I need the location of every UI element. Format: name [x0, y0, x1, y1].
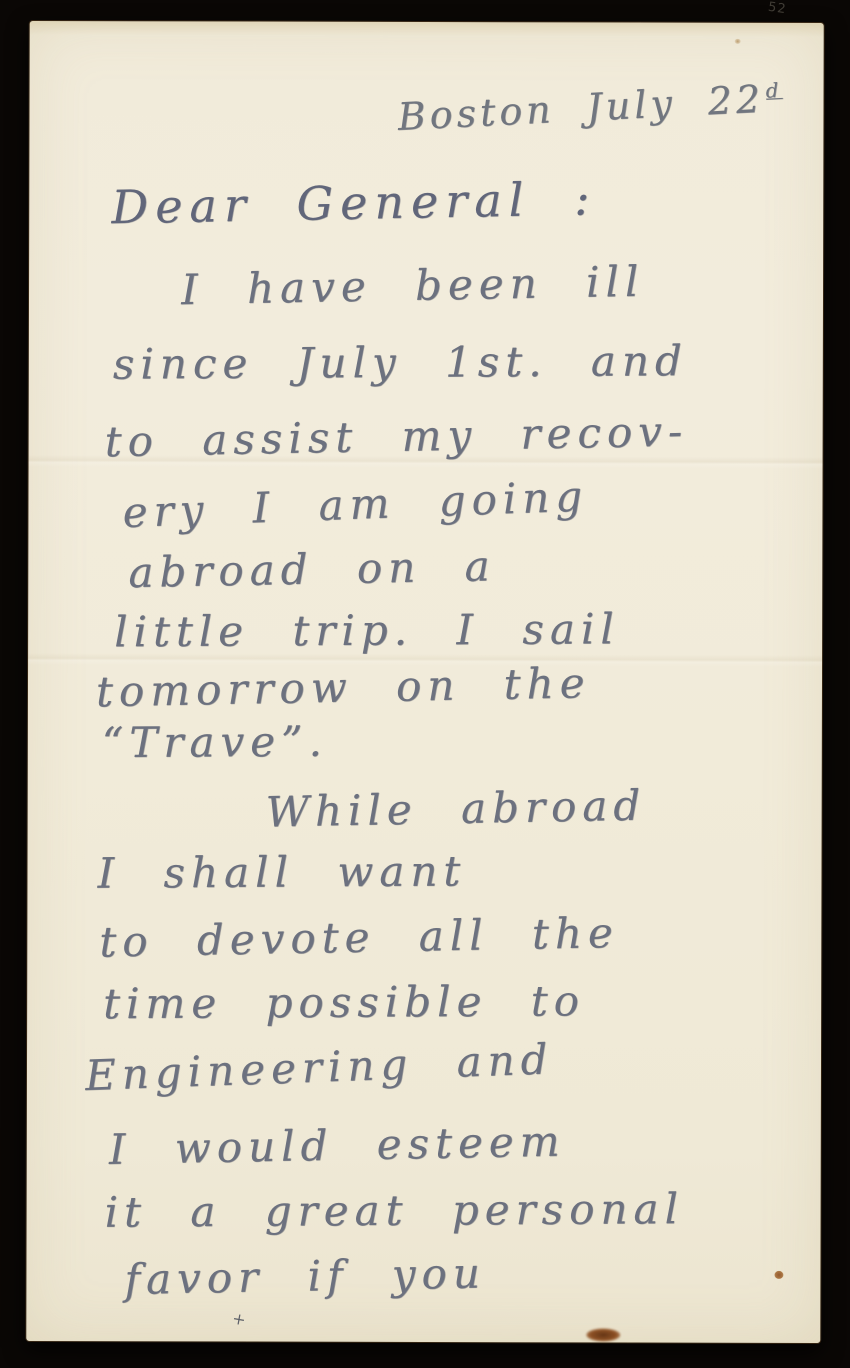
letter-page: Boston July 22d Dear General : I have be… — [26, 21, 823, 1343]
letter-line: I would esteem — [108, 1121, 565, 1171]
letter-line: ery I am going — [122, 476, 589, 535]
letter-line: since July 1st. and — [113, 340, 688, 386]
letter-line: tomorrow on the — [96, 662, 591, 713]
photo-background: 52 Boston July 22d Dear General : I have… — [0, 0, 850, 1368]
letter-line: abroad on a — [128, 545, 496, 594]
dateline-text: Boston July 22 — [397, 77, 765, 139]
letter-line: Engineering and — [84, 1038, 554, 1097]
letter-line: I have been ill — [181, 261, 645, 311]
pen-mark: + — [231, 1308, 248, 1329]
archival-mark: 52 — [767, 0, 787, 17]
letter-line: it a great personal — [104, 1188, 684, 1234]
burn-stain — [586, 1328, 620, 1341]
letter-line: to devote all the — [99, 912, 619, 964]
salutation: Dear General : — [111, 175, 597, 230]
letter-line: to assist my recov- — [104, 411, 688, 464]
dateline: Boston July 22d — [397, 79, 784, 136]
letter-line: While abroad — [265, 785, 646, 834]
letter-line: I shall want — [97, 851, 466, 895]
dateline-suffix: d — [765, 79, 783, 103]
letter-line: “Trave”. — [102, 721, 328, 764]
letter-line: time possible to — [103, 980, 585, 1025]
stain-spot — [774, 1271, 783, 1279]
freckle-spot — [735, 39, 741, 44]
letter-line: little trip. I sail — [114, 608, 620, 653]
letter-line: favor if you — [124, 1252, 486, 1301]
